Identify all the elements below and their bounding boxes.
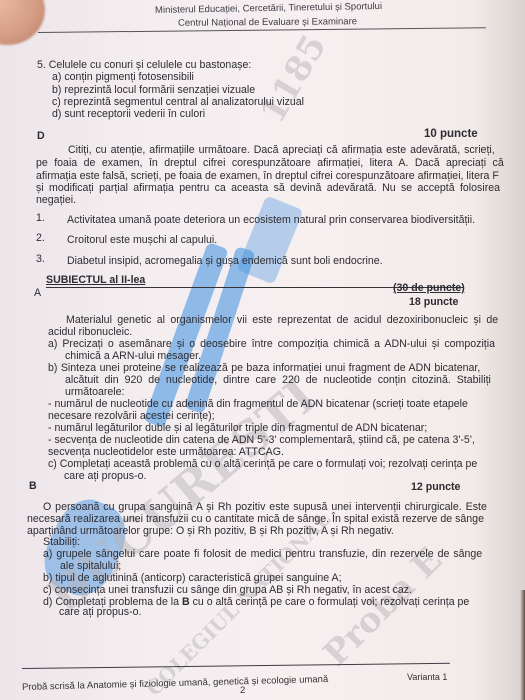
- question-5-option-b: b) reprezintă locul formării senzației v…: [52, 84, 255, 96]
- section-b-intro: necesară realizarea unei transfuzii cu o…: [27, 513, 484, 525]
- section-a-letter: A: [34, 287, 41, 299]
- statement-number: 2.: [36, 232, 45, 244]
- section-b-letter: B: [29, 480, 37, 492]
- section-b-item-c: c) consecința unei transfuzii cu sânge d…: [43, 584, 412, 596]
- background-edge: [520, 590, 525, 700]
- section-a-intro: acidul ribonucleic.: [48, 326, 132, 338]
- question-5-option-a: a) conțin pigmenți fotosensibili: [52, 71, 194, 83]
- header-center: Centrul Național de Evaluare și Examinar…: [178, 16, 357, 29]
- section-b-stabiliti: Stabiliți:: [43, 536, 80, 548]
- section-b-intro: O persoană cu grupa sanguină A și Rh poz…: [43, 501, 487, 513]
- section-b-item-b: b) tipul de aglutinină (anticorp) caract…: [43, 572, 342, 584]
- watermark-blue-stroke: [236, 195, 303, 284]
- section-b-item-d: care ați propus-o.: [59, 606, 141, 618]
- section-a-item-b: b) Sinteza unei proteine se realizează p…: [48, 362, 480, 374]
- question-5-option-d: d) sunt receptorii vederii în culori: [52, 108, 205, 120]
- footer-divider: [22, 663, 450, 669]
- section-b-points: 12 puncte: [411, 481, 460, 493]
- section-d-instructions: Citiți, cu atenție, afirmațiile următoar…: [68, 144, 495, 156]
- question-5-stem: 5. Celulele cu conuri și celulele cu bas…: [37, 59, 251, 71]
- section-a-requirement: - numărul de nucleotide cu adenină din f…: [48, 398, 468, 410]
- finger: [0, 0, 45, 45]
- statement-text: Diabetul insipid, acromegalia și gușa en…: [67, 255, 383, 267]
- section-a-item-c: care ați propus-o.: [64, 470, 146, 482]
- statement-number: 3.: [36, 253, 45, 265]
- section-d-points: 10 puncte: [424, 128, 478, 140]
- section-a-requirement: necesare rezolvării acestei cerințe);: [48, 410, 215, 422]
- section-a-item-a: chimică a ARN-ului mesager.: [65, 350, 201, 362]
- section-d-instructions: și modificați parțial afirmația pentru c…: [36, 182, 500, 194]
- section-b-ref: B: [182, 596, 190, 608]
- section-a-item-a: a) Precizați o asemănare și o deosebire …: [48, 338, 495, 350]
- section-b-intro: aparținând următoarelor grupe: O și Rh p…: [27, 525, 394, 537]
- question-5-option-c: c) reprezintă segmentul central al anali…: [52, 96, 304, 108]
- section-d-letter: D: [37, 130, 45, 142]
- section-a-requirement: - secvența de nucleotide din catena de A…: [48, 434, 475, 446]
- section-a-points: 18 puncte: [409, 296, 458, 308]
- section-a-item-b: alcătuit din 920 de nucleotide, dintre c…: [65, 374, 491, 386]
- exam-page: BUCUREȘTI COLEGIUL NAȚIONAL Proba E 1185…: [0, 0, 525, 700]
- section-a-intro: Materialul genetic al organismelor vii e…: [66, 314, 498, 326]
- section-d-instructions: pe foaia de examen, în dreptul cifrei co…: [36, 157, 504, 169]
- statement-number: 1.: [36, 212, 45, 224]
- header-ministry: Ministerul Educației, Cercetării, Tinere…: [155, 1, 382, 16]
- section-b-item-a: a) grupele sângelui care poate fi folosi…: [43, 548, 482, 560]
- statement-text: Activitatea umană poate deteriora un eco…: [67, 214, 475, 226]
- watermark-text: 1185: [253, 28, 335, 130]
- section-a-requirement: - numărul legăturilor duble și al legătu…: [48, 422, 427, 434]
- header-divider: [38, 27, 486, 33]
- section-b-item-d-text: cu o altă cerință pe care o formulați vo…: [190, 596, 470, 608]
- section-d-instructions: afirmația este falsă, scrieți, pe foaia …: [36, 170, 499, 182]
- section-a-item-c: c) Completați această problemă cu o altă…: [48, 458, 477, 470]
- subject-2-total-points: (30 de puncte): [393, 282, 465, 294]
- footer-page-number: 2: [240, 685, 245, 696]
- subject-2-title: SUBIECTUL al II-lea: [46, 274, 145, 286]
- statement-text: Croitorul este mușchi al capului.: [67, 234, 217, 246]
- section-b-item-a: ale spitalului;: [60, 560, 121, 572]
- footer-variant: Varianta 1: [407, 672, 447, 682]
- section-a-item-b: următoarele:: [65, 386, 124, 398]
- section-d-instructions: negației.: [36, 194, 76, 206]
- section-a-requirement: secvența nucleotidelor este următoarea: …: [48, 446, 284, 458]
